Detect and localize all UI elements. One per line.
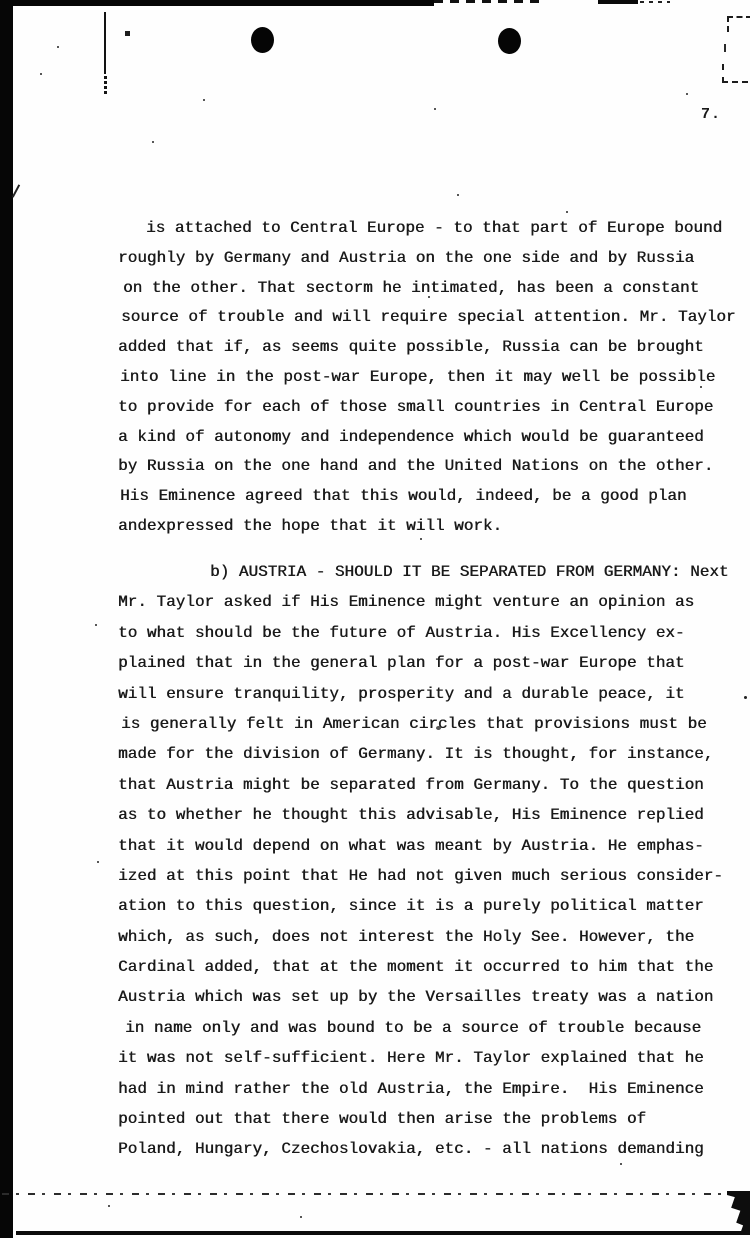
scan-edge-top-bar-broken	[434, 0, 546, 3]
speckle	[620, 1163, 622, 1165]
typed-line: pointed out that there would then arise …	[118, 1104, 728, 1134]
typed-line: as to whether he thought this advisable,…	[118, 800, 728, 830]
typed-line: into line in the post-war Europe, then i…	[118, 363, 736, 393]
typed-line: Mr. Taylor asked if His Eminence might v…	[118, 587, 728, 617]
vertical-scratch-mark	[104, 12, 106, 74]
speckle	[434, 108, 436, 110]
vertical-scratch-tail	[104, 76, 107, 94]
typed-line: ation to this question, since it is a pu…	[118, 891, 728, 921]
speckle	[428, 296, 430, 298]
stamp-corner-mid-mark	[724, 44, 726, 52]
speckle	[97, 861, 99, 863]
paragraph-1: is attached to Central Europe - to that …	[118, 214, 736, 542]
speckle	[457, 194, 459, 196]
speck-artifact	[125, 31, 130, 36]
typed-line: to what should be the future of Austria.…	[118, 618, 728, 648]
typed-line: Austria which was set up by the Versaill…	[118, 982, 728, 1012]
typed-line: to provide for each of those small count…	[118, 393, 736, 423]
speckle	[40, 73, 42, 75]
scan-edge-left-strip	[0, 0, 13, 1238]
typed-line: His Eminence agreed that this would, ind…	[118, 482, 736, 512]
typed-line: Cardinal added, that at the moment it oc…	[118, 952, 728, 982]
typed-line: Poland, Hungary, Czechoslovakia, etc. - …	[118, 1134, 728, 1164]
typed-line: it was not self-sufficient. Here Mr. Tay…	[118, 1043, 728, 1073]
torn-corner-mark	[727, 1191, 750, 1235]
typed-line: is generally felt in American circles th…	[118, 709, 728, 739]
typed-line: in name only and was bound to be a sourc…	[118, 1013, 728, 1043]
typed-line: b) AUSTRIA - SHOULD IT BE SEPARATED FROM…	[118, 557, 728, 587]
stamp-corner-top-mark	[727, 16, 750, 32]
typed-line: roughly by Germany and Austria on the on…	[118, 244, 736, 274]
speckle	[744, 696, 747, 699]
typed-line: which, as such, does not interest the Ho…	[118, 922, 728, 952]
typed-line: is attached to Central Europe - to that …	[118, 214, 736, 244]
page-number: 7.	[701, 106, 721, 123]
speckle	[95, 624, 97, 626]
typed-line: plained that in the general plan for a p…	[118, 648, 728, 678]
typed-line: made for the division of Germany. It is …	[118, 739, 728, 769]
bottom-scan-line	[16, 1231, 746, 1235]
typed-line: that it would depend on what was meant b…	[118, 831, 728, 861]
typed-line: will ensure tranquility, prosperity and …	[118, 679, 728, 709]
speckle	[436, 726, 441, 730]
speckle	[152, 141, 154, 143]
typed-line: andexpressed the hope that it will work.	[118, 512, 736, 542]
typed-line: had in mind rather the old Austria, the …	[118, 1074, 728, 1104]
typed-line: on the other. That sectorm he intimated,…	[118, 274, 736, 304]
speckle	[700, 386, 702, 388]
typed-line: added that if, as seems quite possible, …	[118, 333, 736, 363]
typed-line: a kind of autonomy and independence whic…	[118, 423, 736, 453]
typed-line: source of trouble and will require speci…	[118, 303, 736, 333]
dashed-separator-line	[2, 1193, 746, 1195]
typed-line: that Austria might be separated from Ger…	[118, 770, 728, 800]
paragraph-2: b) AUSTRIA - SHOULD IT BE SEPARATED FROM…	[118, 557, 728, 1165]
speckle	[686, 93, 688, 95]
typed-line: by Russia on the one hand and the United…	[118, 452, 736, 482]
speckle	[420, 538, 422, 540]
typed-line: ized at this point that He had not given…	[118, 861, 728, 891]
scanned-document-page: 7. is attached to Central Europe - to th…	[0, 0, 750, 1238]
speckle	[57, 46, 59, 48]
speckle	[300, 1216, 302, 1218]
scan-edge-top-bar-segment	[598, 0, 638, 4]
speckle	[203, 99, 205, 101]
stamp-corner-bottom-mark	[722, 64, 748, 83]
hole-punch-dot-left	[251, 27, 274, 53]
speckle	[566, 211, 568, 213]
scan-edge-top-bar	[0, 0, 434, 6]
speckle	[108, 1205, 110, 1207]
slash-artifact	[12, 184, 20, 197]
hole-punch-dot-right	[498, 28, 521, 54]
scan-edge-top-bar-dots	[640, 1, 670, 3]
